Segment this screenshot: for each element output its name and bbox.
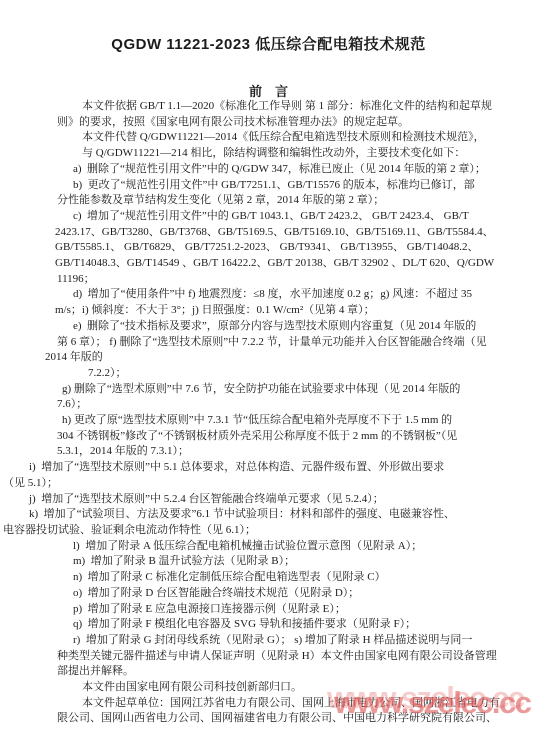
text-line: p) 增加了附录 E 应急电源接口连接器示例（见附录 E）； [57,602,531,618]
text-line: b) 更改了“规范性引用文件”中 GB/T7251.1、GB/T15576 的版… [57,178,531,194]
text-line: 与 Q/GDW11221—214 相比，除结构调整和编辑性改动外，主要技术变化如… [57,146,531,162]
text-line: a) 删除了“规范性引用文件”中的 Q/GDW 347，标准已废止（见 2014… [57,162,531,178]
text-line: 电容器投切试验、验证剩余电流动作特性（见 6.1）； [3,523,531,539]
text-line: 本文件由国家电网有限公司科技创新部归口。 [57,680,531,696]
document-page: QGDW 11221-2023 低压综合配电箱技术规范 前 言 本文件依据 GB… [0,0,537,745]
text-line: 分性能参数及章节结构发生变化（见第 2 章，2014 年版的第 2 章）； [57,193,531,209]
text-line: 2423.17、GB/T3280、GB/T3768、GB/T5169.5、GB/… [55,225,531,241]
page-title: QGDW 11221-2023 低压综合配电箱技术规范 [0,0,537,54]
text-line: l) 增加了附录 A 低压综合配电箱机械撞击试验位置示意图（见附录 A）； [57,539,531,555]
text-line: GB/T14048.3、GB/T14549 、GB/T 16422.2、GB/T… [55,256,531,272]
text-line: q) 增加了附录 F 模组化电容器及 SVG 导轨和接插件要求（见附录 F）； [57,617,531,633]
text-line: 7.2.2）； [57,366,531,382]
text-line: d) 增加了“使用条件”中 f) 地震烈度：≤8 度，水平加速度 0.2 g；g… [57,287,531,303]
text-line: 2014 年版的 [45,350,531,366]
text-line: j) 增加了“选型技术原则”中 5.2.4 台区智能融合终端单元要求（见 5.2… [29,492,531,508]
text-line: r) 增加了附录 G 封闭母线系统（见附录 G）； s) 增加了附录 H 样品描… [57,633,531,649]
text-line: k) 增加了“试验项目、方法及要求”6.1 节中试验项目：材料和部件的强度、电磁… [29,507,531,523]
text-line: 则》的要求，按照《国家电网有限公司技术标准管理办法》的规定起草。 [57,115,531,131]
text-line: GB/T5585.1、 GB/T6829、 GB/T7251.2-2023、 G… [55,240,531,256]
text-line: 本文件依据 GB/T 1.1—2020《标准化工作导则 第 1 部分：标准化文件… [57,99,531,115]
text-line: i) 增加了“选型技术原则”中 5.1 总体要求，对总体构造、元器件级布置、外形… [29,460,531,476]
text-line: 第 6 章）； f) 删除了“选型技术原则”中 7.2.2 节，计量单元功能并入… [57,335,531,351]
text-line: 11196； [57,272,531,288]
text-line: 本文件起草单位：国网江苏省电力有限公司、国网上海市电力公司、国网浙江省电力有 [57,696,531,712]
text-line: （见 5.1）； [3,476,531,492]
text-line: g) 删除了“选型术原则”中 7.6 节，安全防护功能在试验要求中体现（见 20… [57,382,531,398]
text-line: 本文件代替 Q/GDW11221—2014《低压综合配电箱选型技术原则和检测技术… [57,130,531,146]
text-line: 限公司、国网山西省电力公司、国网福建省电力有限公司、中国电力科学研究院有限公司、 [57,711,531,727]
foreword-heading: 前 言 [0,85,537,99]
document-body: 本文件依据 GB/T 1.1—2020《标准化工作导则 第 1 部分：标准化文件… [0,99,537,727]
text-line: e) 删除了“技术指标及要求”，原部分内容与选型技术原则内容重复（见 2014 … [57,319,531,335]
text-line: c) 增加了“规范性引用文件”中的 GB/T 1043.1、GB/T 2423.… [57,209,531,225]
text-line: 304 不锈钢板”修改了“不锈钢板材质外壳采用公称厚度不低于 2 mm 的不锈钢… [57,429,531,445]
text-line: m/s；i) 倾斜度：不大于 3°；j) 日照强度：0.1 W/cm²（见第 4… [55,303,531,319]
text-line: h) 更改了原“选型技术原则”中 7.3.1 节“低压综合配电箱外壳厚度不下于 … [57,413,531,429]
text-line: 种类型关键元器件描述与申请人保证声明（见附录 H）本文件由国家电网有限公司设备管… [57,649,531,665]
text-line: 部提出并解释。 [57,664,531,680]
text-line: 5.3.1，2014 年版的 7.3.1）； [57,444,531,460]
text-line: o) 增加了附录 D 台区智能融合终端技术规范（见附录 D）； [57,586,531,602]
text-line: n) 增加了附录 C 标准化定制低压综合配电箱选型表（见附录 C） [57,570,531,586]
text-line: m) 增加了附录 B 温升试验方法（见附录 B）； [57,554,531,570]
text-line: 7.6）； [57,397,531,413]
